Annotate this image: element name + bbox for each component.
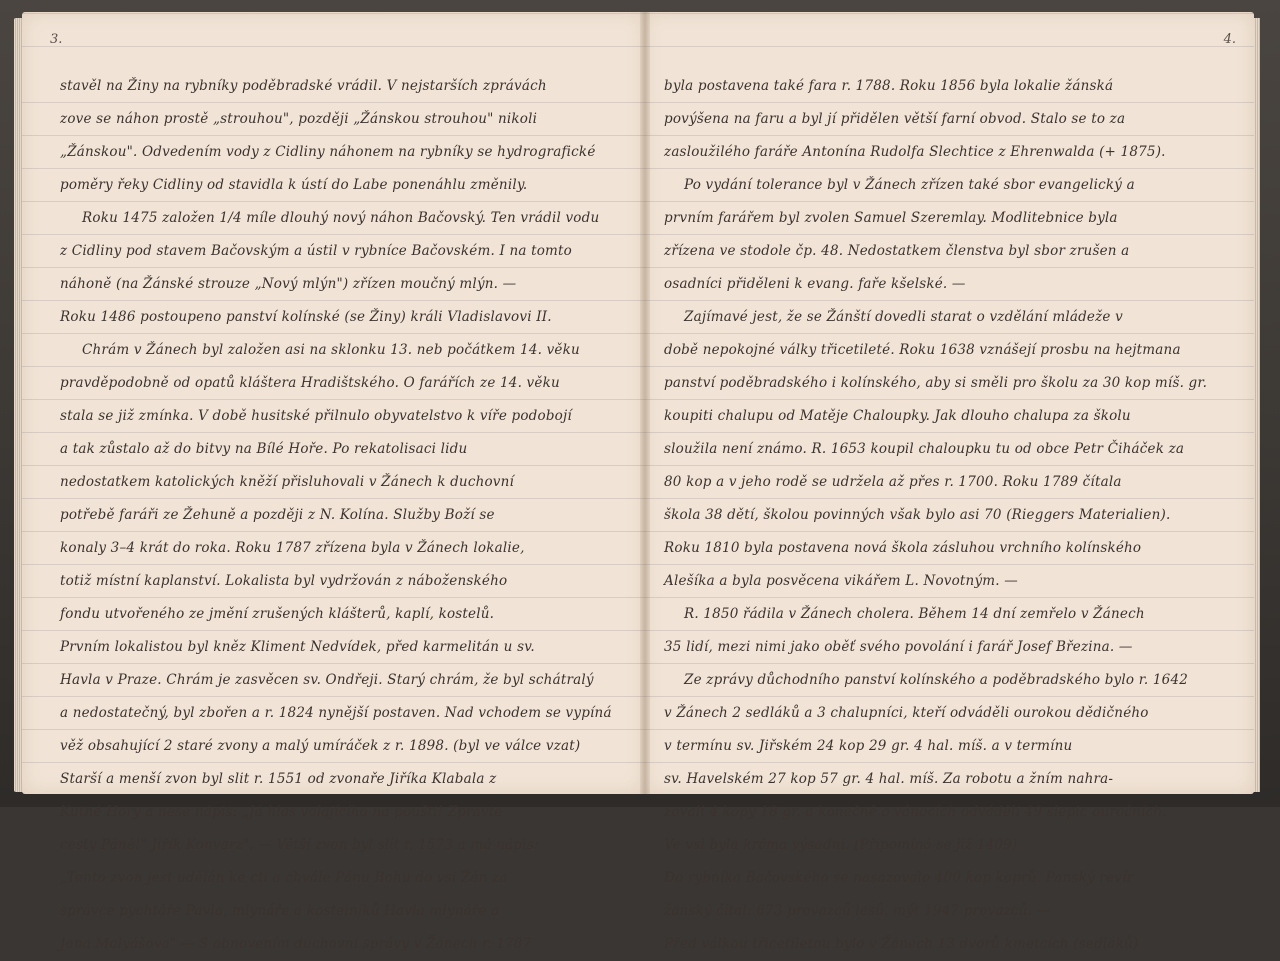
- text-line: R. 1850 řádila v Žánech cholera. Během 1…: [644, 598, 1254, 631]
- text-line: věž obsahující 2 staré zvony a malý umír…: [22, 730, 644, 763]
- text-line: potřebě faráři ze Žehuně a později z N. …: [22, 499, 644, 532]
- text-line: osadníci přiděleni k evang. faře kšelské…: [644, 268, 1254, 301]
- text-line: Havla v Praze. Chrám je zasvěcen sv. Ond…: [22, 664, 644, 697]
- book-gutter: [640, 12, 650, 794]
- left-page: 3. stavěl na Žiny na rybníky poděbradské…: [22, 12, 644, 794]
- text-line: z Cidliny pod stavem Bačovským a ústil v…: [22, 235, 644, 268]
- text-line: totiž místní kaplanství. Lokalista byl v…: [22, 565, 644, 598]
- text-line: zřízena ve stodole čp. 48. Nedostatkem č…: [644, 235, 1254, 268]
- text-line: Roku 1810 byla postavena nová škola zásl…: [644, 532, 1254, 565]
- text-line: nedostatkem katolických kněží přisluhova…: [22, 466, 644, 499]
- page-number: 3.: [50, 32, 62, 47]
- text-line: zove se náhon prostě „strouhou", později…: [22, 103, 644, 136]
- text-line: v Žánech 2 sedláků a 3 chalupníci, kteří…: [644, 697, 1254, 730]
- text-line: Prvním lokalistou byl kněz Kliment Nedví…: [22, 631, 644, 664]
- text-line: stavěl na Žiny na rybníky poděbradské vr…: [22, 70, 644, 103]
- text-line: v termínu sv. Jiřském 24 kop 29 gr. 4 ha…: [644, 730, 1254, 763]
- text-line: prvním farářem byl zvolen Samuel Szereml…: [644, 202, 1254, 235]
- text-line: povýšena na faru a byl jí přidělen větší…: [644, 103, 1254, 136]
- text-line: „Žánskou". Odvedením vody z Cidliny náho…: [22, 136, 644, 169]
- text-line: Zajímavé jest, že se Žánští dovedli star…: [644, 301, 1254, 334]
- text-line: Po vydání tolerance byl v Žánech zřízen …: [644, 169, 1254, 202]
- right-page: 4. byla postavena také fara r. 1788. Rok…: [644, 12, 1254, 794]
- text-line: Alešíka a byla posvěcena vikářem L. Novo…: [644, 565, 1254, 598]
- text-line: 80 kop a v jeho rodě se udržela až přes …: [644, 466, 1254, 499]
- text-line: době nepokojné války třicetileté. Roku 1…: [644, 334, 1254, 367]
- text-line: Chrám v Žánech byl založen asi na sklonk…: [22, 334, 644, 367]
- book-binding: 3. stavěl na Žiny na rybníky poděbradské…: [0, 0, 1280, 807]
- text-line: zasloužilého faráře Antonína Rudolfa Sle…: [644, 136, 1254, 169]
- text-line: 35 lidí, mezi nimi jako oběť svého povol…: [644, 631, 1254, 664]
- text-line: byla postavena také fara r. 1788. Roku 1…: [644, 70, 1254, 103]
- text-line: poměry řeky Cidliny od stavidla k ústí d…: [22, 169, 644, 202]
- text-line: sloužila není známo. R. 1653 koupil chal…: [644, 433, 1254, 466]
- text-line: škola 38 dětí, školou povinných však byl…: [644, 499, 1254, 532]
- text-line: pravděpodobně od opatů kláštera Hradišts…: [22, 367, 644, 400]
- text-line: Starší a menší zvon byl slit r. 1551 od …: [22, 763, 644, 796]
- text-line: panství poděbradského i kolínského, aby …: [644, 367, 1254, 400]
- text-line: koupiti chalupu od Matěje Chaloupky. Jak…: [644, 400, 1254, 433]
- text-line: Roku 1486 postoupeno panství kolínské (s…: [22, 301, 644, 334]
- text-line: Kutné Hory a nese nápis: „Já hlas volají…: [22, 796, 644, 807]
- text-line: a tak zůstalo až do bitvy na Bílé Hoře. …: [22, 433, 644, 466]
- handwritten-text-block: stavěl na Žiny na rybníky poděbradské vr…: [22, 70, 644, 807]
- text-line: konaly 3–4 krát do roka. Roku 1787 zříze…: [22, 532, 644, 565]
- text-line: Roku 1475 založen 1/4 míle dlouhý nový n…: [22, 202, 644, 235]
- text-line: sv. Havelském 27 kop 57 gr. 4 hal. míš. …: [644, 763, 1254, 796]
- text-line: fondu utvořeného ze jmění zrušených kláš…: [22, 598, 644, 631]
- text-line: náhoně (na Žánské strouze „Nový mlýn") z…: [22, 268, 644, 301]
- text-line: stala se již zmínka. V době husitské při…: [22, 400, 644, 433]
- handwritten-text-block: byla postavena také fara r. 1788. Roku 1…: [644, 70, 1254, 807]
- page-number: 4.: [1224, 32, 1236, 47]
- text-line: zovali 4 kopy 18 gr. a konečně o vánocíc…: [644, 796, 1254, 807]
- text-line: a nedostatečný, byl zbořen a r. 1824 nyn…: [22, 697, 644, 730]
- text-line: Ze zprávy důchodního panství kolínského …: [644, 664, 1254, 697]
